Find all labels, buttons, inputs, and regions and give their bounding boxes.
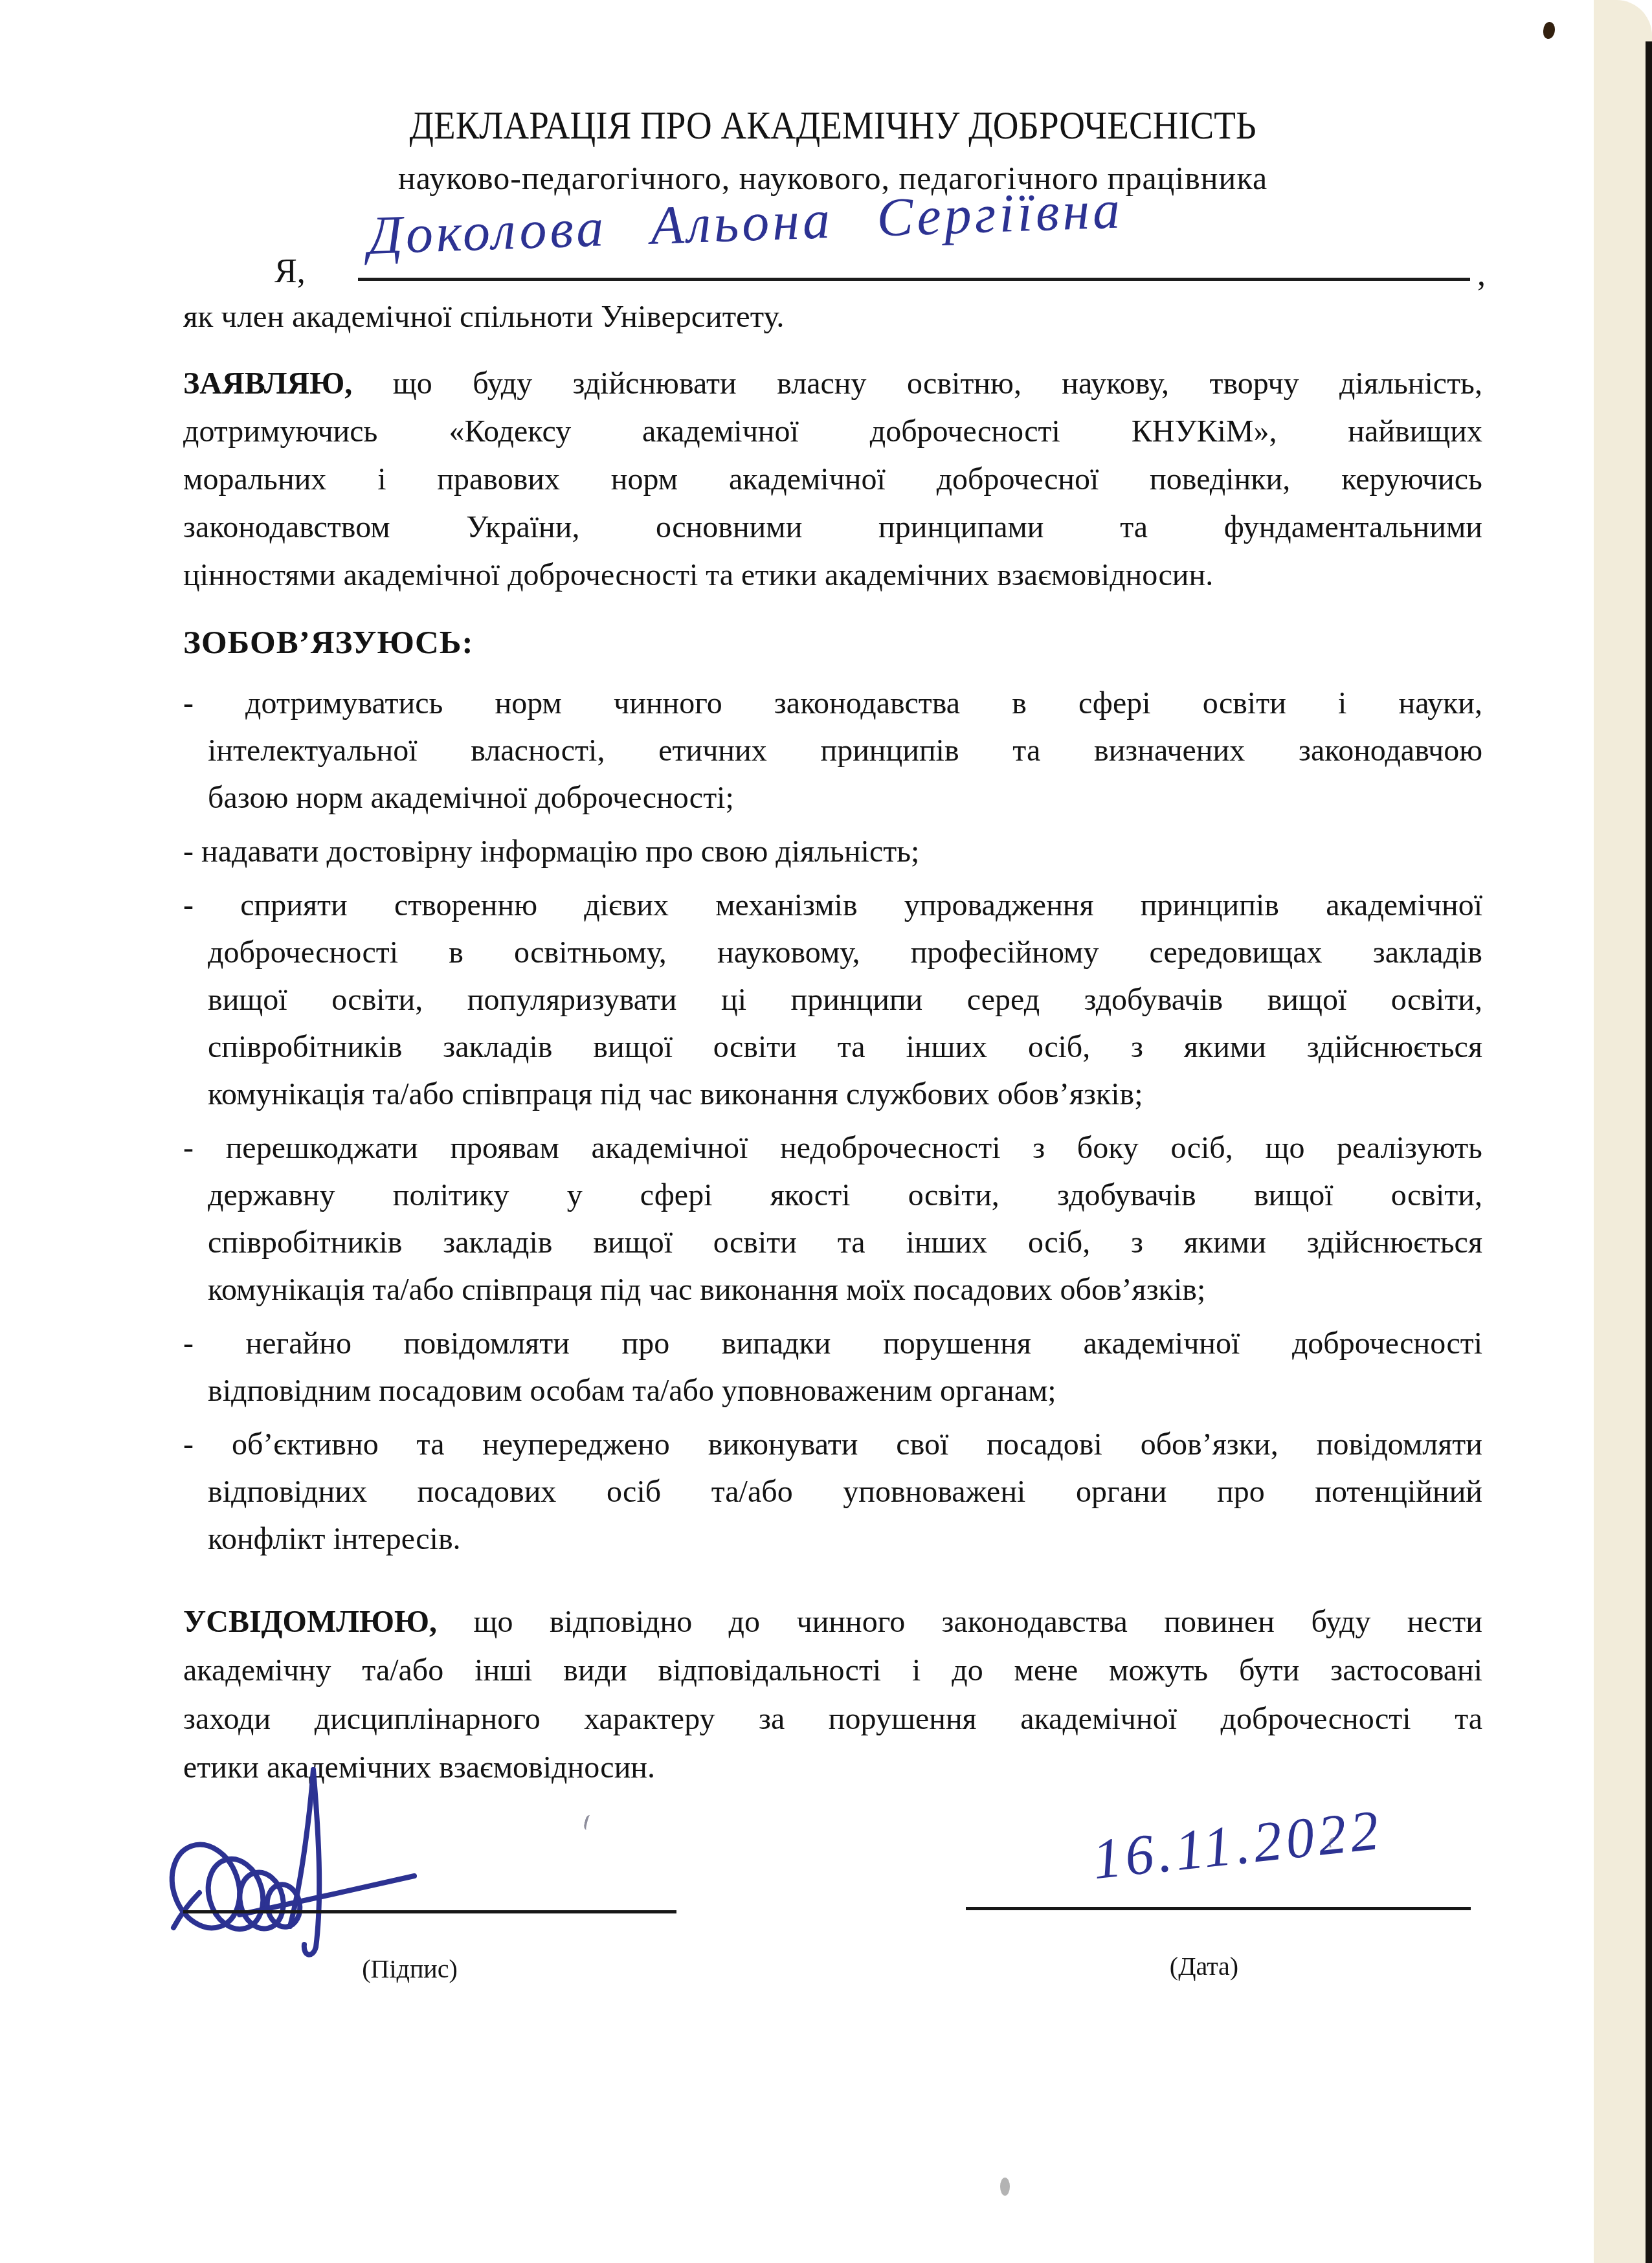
text-line: ЗАЯВЛЯЮ, що буду здійснювати власну осві… [183, 360, 1482, 408]
statement-paragraph: ЗАЯВЛЯЮ, що буду здійснювати власну осві… [183, 360, 1482, 599]
handwritten-date: 16.11.2022 [1080, 1796, 1396, 1894]
text-line: - надавати достовірну інформацію про сво… [183, 828, 1482, 875]
text-line: інтелектуальної власності, етичних принц… [183, 727, 1482, 774]
membership-line: як член академічної спільноти Університе… [183, 298, 784, 335]
line-rest: що буду здійснювати власну освітню, наук… [352, 366, 1482, 401]
bullet-item: - об’єктивно та неупереджено виконувати … [183, 1421, 1482, 1563]
date-caption: (Дата) [952, 1951, 1457, 1981]
text-line: законодавством України, основними принци… [183, 504, 1482, 552]
text-line: УСВІДОМЛЮЮ, що відповідно до чинного зак… [183, 1598, 1482, 1646]
signature-caption: (Підпис) [183, 1954, 636, 1984]
obligations-list: - дотримуватись норм чинного законодавст… [183, 680, 1482, 1569]
bold-lead: УСВІДОМЛЮЮ, [183, 1605, 437, 1639]
ink-speck [1543, 22, 1555, 39]
scan-edge-strip [1594, 0, 1652, 2263]
declarant-pronoun: Я, [274, 252, 306, 291]
pen-tick [583, 1814, 595, 1832]
bullet-item: - надавати достовірну інформацію про сво… [183, 828, 1482, 875]
text-line: співробітників закладів вищої освіти та … [183, 1219, 1482, 1266]
text-line: - перешкоджати проявам академічної недоб… [183, 1124, 1482, 1172]
bullet-item: - дотримуватись норм чинного законодавст… [183, 680, 1482, 821]
trailing-comma: , [1477, 255, 1486, 293]
scan-speck [1000, 2178, 1010, 2196]
bullet-item: - перешкоджати проявам академічної недоб… [183, 1124, 1482, 1313]
scan-edge-shadow [1646, 41, 1652, 2263]
text-line: комунікація та/або співпраця під час вик… [183, 1266, 1482, 1313]
bullet-item: - негайно повідомляти про випадки поруше… [183, 1320, 1482, 1414]
text-line: - об’єктивно та неупереджено виконувати … [183, 1421, 1482, 1468]
text-line: - дотримуватись норм чинного законодавст… [183, 680, 1482, 727]
obligations-heading: ЗОБОВ’ЯЗУЮСЬ: [183, 624, 474, 662]
line-rest: що відповідно до чинного законодавства п… [437, 1605, 1482, 1639]
document-title: ДЕКЛАРАЦІЯ ПРО АКАДЕМІЧНУ ДОБРОЧЕСНІСТЬ [183, 102, 1482, 148]
text-line: державну політику у сфері якості освіти,… [183, 1172, 1482, 1219]
text-line: дотримуючись «Кодексу академічної доброч… [183, 408, 1482, 456]
name-underline [358, 278, 1470, 281]
handwritten-signature [163, 1759, 435, 1954]
signature-line [183, 1910, 676, 1913]
text-line: доброчесності в освітньому, науковому, п… [183, 929, 1482, 976]
text-line: базою норм академічної доброчесності; [183, 774, 1482, 821]
text-line: відповідних посадових осіб та/або уповно… [183, 1468, 1482, 1515]
text-line: - сприяти створенню дієвих механізмів уп… [183, 882, 1482, 929]
scanned-document-page: ДЕКЛАРАЦІЯ ПРО АКАДЕМІЧНУ ДОБРОЧЕСНІСТЬ … [0, 0, 1652, 2263]
text-line: цінностями академічної доброчесності та … [183, 552, 1482, 599]
signature-tail [240, 1876, 414, 1915]
text-line: вищої освіти, популяризувати ці принципи… [183, 976, 1482, 1023]
bold-lead: ЗАЯВЛЯЮ, [183, 366, 352, 401]
text-line: - негайно повідомляти про випадки поруше… [183, 1320, 1482, 1367]
text-line: заходи дисциплінарного характеру за пору… [183, 1695, 1482, 1743]
text-line: відповідним посадовим особам та/або упов… [183, 1367, 1482, 1414]
text-line: співробітників закладів вищої освіти та … [183, 1023, 1482, 1071]
text-line: академічну та/або інші види відповідальн… [183, 1646, 1482, 1695]
text-line: комунікація та/або співпраця під час вик… [183, 1071, 1482, 1118]
text-line: конфлікт інтересів. [183, 1515, 1482, 1563]
text-line: моральних і правових норм академічної до… [183, 456, 1482, 504]
date-line [966, 1907, 1471, 1910]
bullet-item: - сприяти створенню дієвих механізмів уп… [183, 882, 1482, 1118]
